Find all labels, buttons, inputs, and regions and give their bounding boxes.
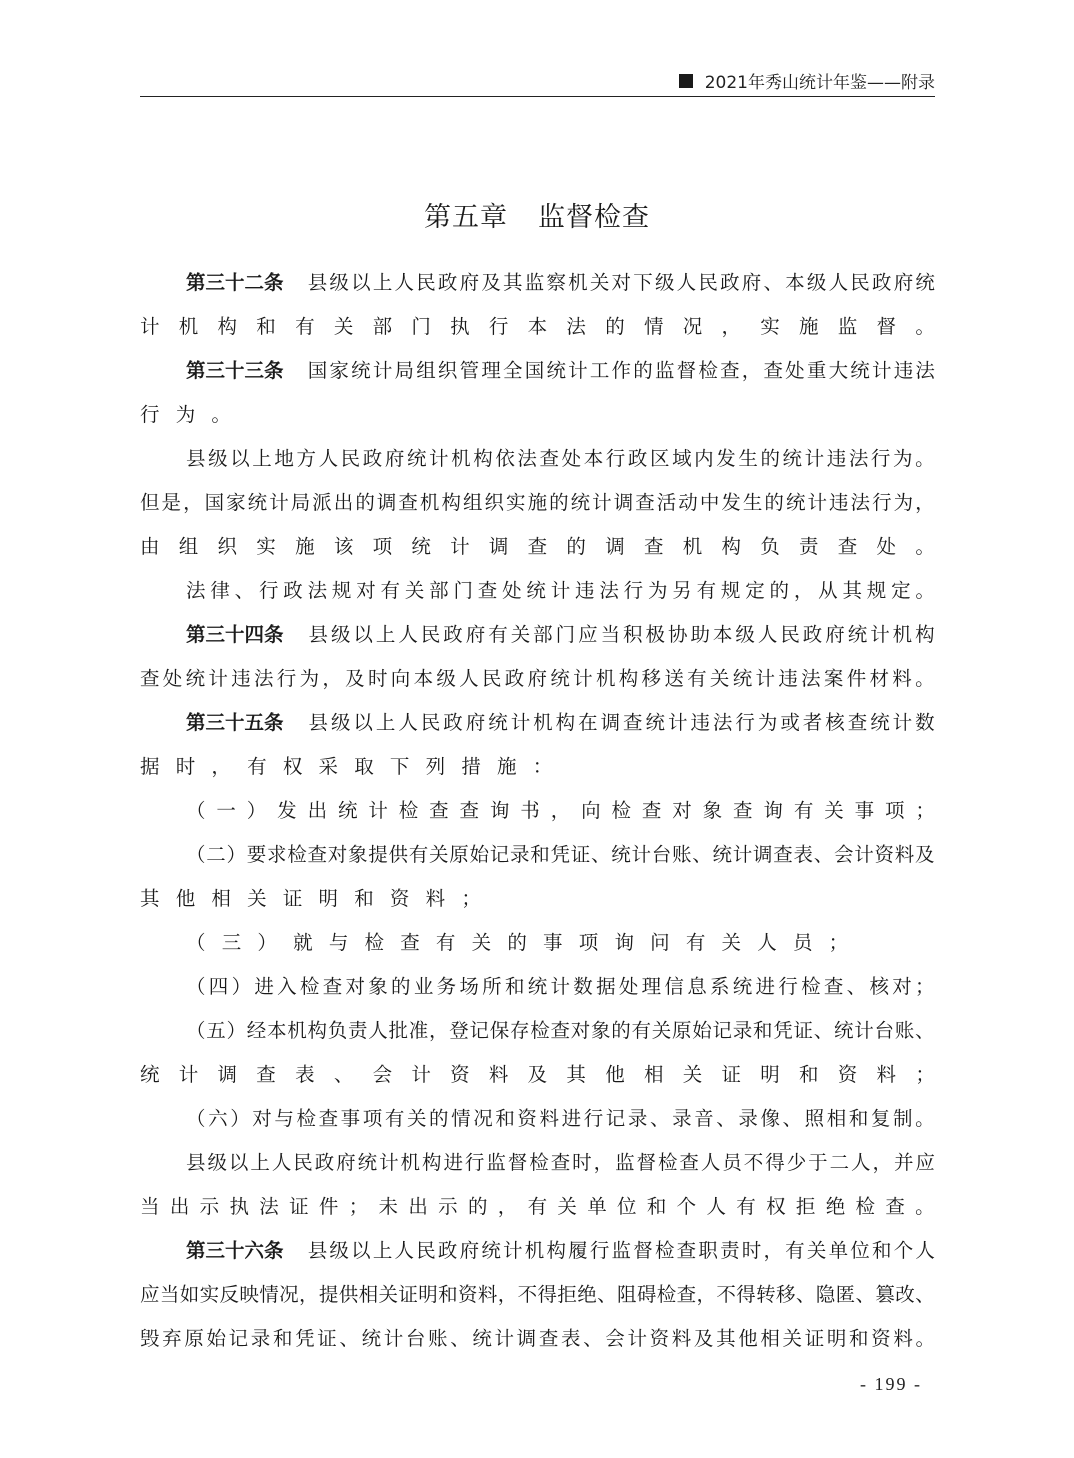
article-number: 第三十四条 — [186, 618, 284, 662]
text-line: （六）对与检查事项有关的情况和资料进行记录、录音、录像、照相和复制。 — [140, 1102, 935, 1146]
paragraph: （二）要求检查对象提供有关原始记录和凭证、统计台账、统计调查表、会计资料及其他相… — [140, 838, 935, 926]
article-paragraph: 第三十四条县级以上人民政府有关部门应当积极协助本级人民政府统计机构查处统计违法行… — [140, 618, 935, 706]
text-line: 由组织实施该项统计调查的调查机构负责查处。 — [140, 530, 935, 574]
chapter-name: 监督检查 — [538, 202, 650, 233]
text-line: 当出示执法证件；未出示的，有关单位和个人有权拒绝检查。 — [140, 1190, 935, 1234]
text-line: 毁弃原始记录和凭证、统计台账、统计调查表、会计资料及其他相关证明和资料。 — [140, 1322, 935, 1366]
text-line: 应当如实反映情况，提供相关证明和资料，不得拒绝、阻碍检查，不得转移、隐匿、篡改、 — [140, 1278, 935, 1322]
article-paragraph: 第三十二条县级以上人民政府及其监察机关对下级人民政府、本级人民政府统计机构和有关… — [140, 266, 935, 354]
text-line: 统计调查表、会计资料及其他相关证明和资料； — [140, 1058, 935, 1102]
paragraph: 县级以上地方人民政府统计机构依法查处本行政区域内发生的统计违法行为。但是，国家统… — [140, 442, 935, 574]
text-line: 行为。 — [140, 398, 935, 442]
text-line: 县级以上地方人民政府统计机构依法查处本行政区域内发生的统计违法行为。 — [140, 442, 935, 486]
paragraph: （四）进入检查对象的业务场所和统计数据处理信息系统进行检查、核对； — [140, 970, 935, 1014]
text-line: （五）经本机构负责人批准，登记保存检查对象的有关原始记录和凭证、统计台账、 — [140, 1014, 935, 1058]
text-line: 第三十六条县级以上人民政府统计机构履行监督检查职责时，有关单位和个人 — [140, 1234, 935, 1278]
text-line: 其他相关证明和资料； — [140, 882, 935, 926]
text-line: 据时，有权采取下列措施： — [140, 750, 935, 794]
header-title: 2021年秀山统计年鉴——附录 — [705, 68, 935, 93]
article-number: 第三十六条 — [186, 1234, 284, 1278]
paragraph: （五）经本机构负责人批准，登记保存检查对象的有关原始记录和凭证、统计台账、统计调… — [140, 1014, 935, 1102]
text-line: （二）要求检查对象提供有关原始记录和凭证、统计台账、统计调查表、会计资料及 — [140, 838, 935, 882]
chapter-number: 第五章 — [424, 202, 508, 233]
text-line: （四）进入检查对象的业务场所和统计数据处理信息系统进行检查、核对； — [140, 970, 935, 1014]
text-line: 第三十三条国家统计局组织管理全国统计工作的监督检查，查处重大统计违法 — [140, 354, 935, 398]
article-paragraph: 第三十六条县级以上人民政府统计机构履行监督检查职责时，有关单位和个人应当如实反映… — [140, 1234, 935, 1366]
text-line: 计机构和有关部门执行本法的情况，实施监督。 — [140, 310, 935, 354]
paragraph: 县级以上人民政府统计机构进行监督检查时，监督检查人员不得少于二人，并应当出示执法… — [140, 1146, 935, 1234]
running-header-text: 2021年秀山统计年鉴——附录 — [679, 68, 935, 93]
page-number: - 199 - — [860, 1374, 922, 1395]
article-paragraph: 第三十三条国家统计局组织管理全国统计工作的监督检查，查处重大统计违法行为。 — [140, 354, 935, 442]
paragraph: （一）发出统计检查查询书，向检查对象查询有关事项； — [140, 794, 935, 838]
text-line: （一）发出统计检查查询书，向检查对象查询有关事项； — [140, 794, 935, 838]
text-line: 县级以上人民政府统计机构进行监督检查时，监督检查人员不得少于二人，并应 — [140, 1146, 935, 1190]
text-line: 查处统计违法行为，及时向本级人民政府统计机构移送有关统计违法案件材料。 — [140, 662, 935, 706]
article-number: 第三十二条 — [186, 266, 284, 310]
paragraph: （六）对与检查事项有关的情况和资料进行记录、录音、录像、照相和复制。 — [140, 1102, 935, 1146]
article-number: 第三十三条 — [186, 354, 284, 398]
running-header: 2021年秀山统计年鉴——附录 — [140, 66, 935, 97]
black-square-icon — [679, 74, 693, 88]
paragraph: 法律、行政法规对有关部门查处统计违法行为另有规定的，从其规定。 — [140, 574, 935, 618]
text-line: 但是，国家统计局派出的调查机构组织实施的统计调查活动中发生的统计违法行为， — [140, 486, 935, 530]
paragraph: （三）就与检查有关的事项询问有关人员； — [140, 926, 935, 970]
text-line: 法律、行政法规对有关部门查处统计违法行为另有规定的，从其规定。 — [140, 574, 935, 618]
article-paragraph: 第三十五条县级以上人民政府统计机构在调查统计违法行为或者核查统计数据时，有权采取… — [140, 706, 935, 794]
text-line: （三）就与检查有关的事项询问有关人员； — [140, 926, 935, 970]
article-number: 第三十五条 — [186, 706, 284, 750]
text-line: 第三十五条县级以上人民政府统计机构在调查统计违法行为或者核查统计数 — [140, 706, 935, 750]
chapter-title: 第五章监督检查 — [0, 195, 1074, 234]
text-line: 第三十四条县级以上人民政府有关部门应当积极协助本级人民政府统计机构 — [140, 618, 935, 662]
text-line: 第三十二条县级以上人民政府及其监察机关对下级人民政府、本级人民政府统 — [140, 266, 935, 310]
document-body: 第三十二条县级以上人民政府及其监察机关对下级人民政府、本级人民政府统计机构和有关… — [140, 266, 935, 1366]
